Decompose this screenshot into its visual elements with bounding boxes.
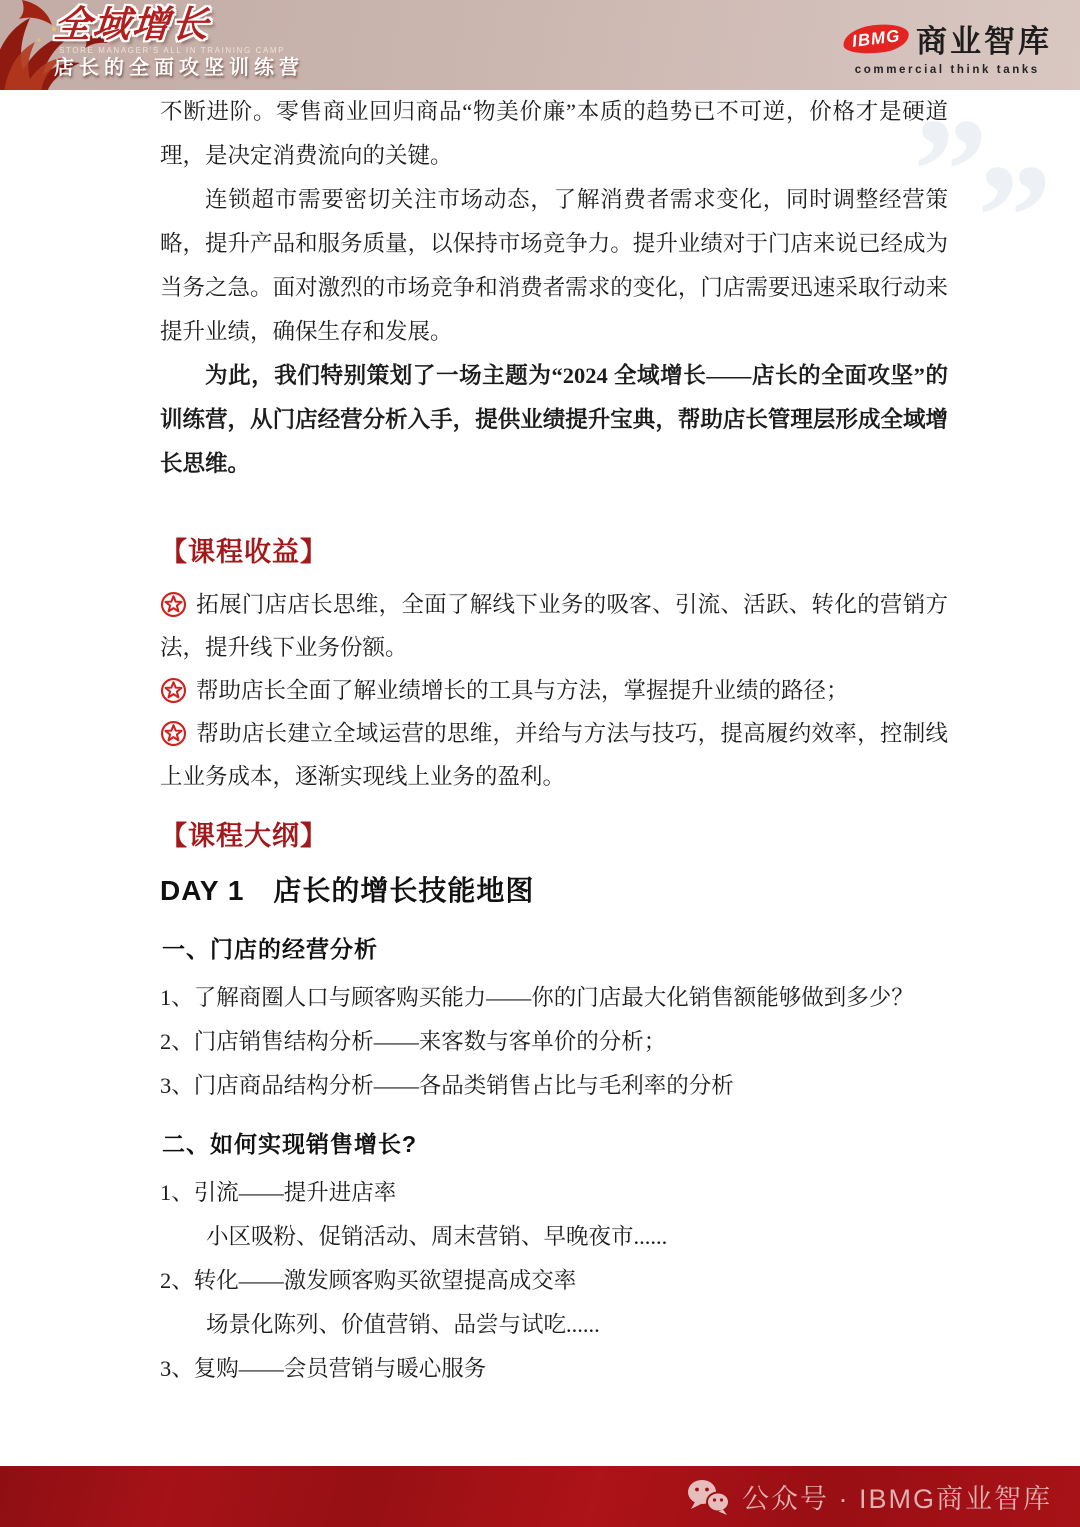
star-bullet-icon — [160, 591, 187, 618]
intro-paragraph: 为此，我们特别策划了一场主题为“2024 全域增长——店长的全面攻坚”的训练营，… — [160, 354, 948, 486]
benefit-text: 帮助店长建立全域运营的思维，并给与方法与技巧，提高履约效率，控制线上业务成本，逐… — [160, 721, 948, 789]
benefit-text: 拓展门店店长思维，全面了解线下业务的吸客、引流、活跃、转化的营销方法，提升线下业… — [160, 592, 948, 660]
camp-logo-subtitle-en: STORE MANAGER'S ALL IN TRAINING CAMP — [59, 47, 304, 55]
benefit-text: 帮助店长全面了解业绩增长的工具与方法，掌握提升业绩的路径； — [196, 678, 849, 703]
wechat-icon — [686, 1478, 730, 1516]
outline-section-title: 【课程大纲】 — [160, 814, 948, 853]
outline-subitem: 场景化陈列、价值营销、品尝与试吃...... — [160, 1303, 948, 1347]
outline-item: 2、转化——激发顾客购买欲望提高成交率 — [160, 1259, 948, 1303]
benefit-item: 拓展门店店长思维，全面了解线下业务的吸客、引流、活跃、转化的营销方法，提升线下业… — [160, 583, 948, 669]
camp-logo: 全域增长 STORE MANAGER'S ALL IN TRAINING CAM… — [54, 7, 304, 78]
footer-banner: 公众号 · IBMG商业智库 — [0, 1466, 1080, 1527]
outline-item: 2、门店销售结构分析——来客数与客单价的分析； — [160, 1020, 948, 1064]
benefit-item: 帮助店长建立全域运营的思维，并给与方法与技巧，提高履约效率，控制线上业务成本，逐… — [160, 712, 948, 798]
section-heading: 二、如何实现销售增长? — [162, 1126, 948, 1159]
section-heading: 一、门店的经营分析 — [162, 931, 948, 964]
outline-item: 1、引流——提升进店率 — [160, 1171, 948, 1215]
star-bullet-icon — [160, 677, 187, 704]
article-body: 不断进阶。零售商业回归商品“物美价廉”本质的趋势已不可逆，价格才是硬道理，是决定… — [0, 90, 1080, 1391]
day1-title: DAY 1 店长的增长技能地图 — [160, 869, 948, 909]
outline-item: 1、了解商圈人口与顾客购买能力——你的门店最大化销售额能够做到多少？ — [160, 976, 948, 1020]
page: 全域增长 STORE MANAGER'S ALL IN TRAINING CAM… — [0, 0, 1080, 1527]
header-banner: 全域增长 STORE MANAGER'S ALL IN TRAINING CAM… — [0, 0, 1080, 90]
outline-subitem: 小区吸粉、促销活动、周末营销、早晚夜市...... — [160, 1215, 948, 1259]
brand-subtitle: commercial think tanks — [843, 64, 1052, 76]
footer-text: 公众号 · IBMG商业智库 — [742, 1477, 1052, 1516]
camp-logo-title: 全域增长 — [52, 7, 211, 44]
ibmg-badge-icon: IBMG — [841, 21, 910, 57]
benefits-section-title: 【课程收益】 — [160, 530, 948, 569]
camp-logo-subtitle: 店长的全面攻坚训练营 — [54, 58, 304, 78]
outline-item: 3、门店商品结构分析——各品类销售占比与毛利率的分析 — [160, 1064, 948, 1108]
intro-paragraph: 不断进阶。零售商业回归商品“物美价廉”本质的趋势已不可逆，价格才是硬道理，是决定… — [160, 90, 948, 178]
outline-item: 3、复购——会员营销与暖心服务 — [160, 1347, 948, 1391]
intro-paragraph: 连锁超市需要密切关注市场动态，了解消费者需求变化，同时调整经营策略，提升产品和服… — [160, 178, 948, 354]
benefit-item: 帮助店长全面了解业绩增长的工具与方法，掌握提升业绩的路径； — [160, 669, 948, 712]
star-bullet-icon — [160, 720, 187, 747]
ibmg-brand-logo: IBMG 商业智库 commercial think tanks — [843, 16, 1052, 76]
brand-name: 商业智库 — [916, 16, 1052, 61]
